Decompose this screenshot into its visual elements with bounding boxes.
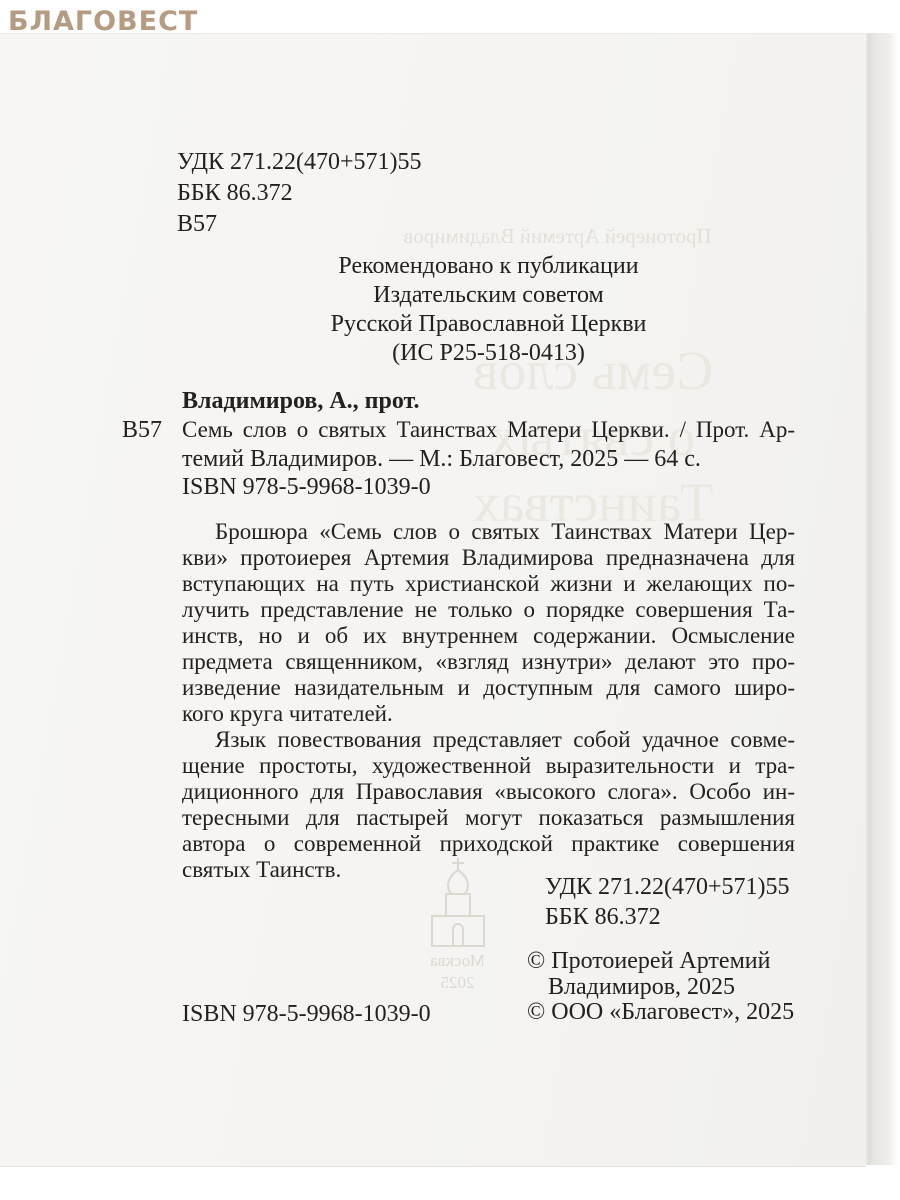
annotation-line: инств, но и об их внутреннем содержании.… [182, 623, 795, 649]
annotation-line: диционного для Православия «высокого сло… [182, 779, 795, 805]
annotation-line: кви» протоиерея Артемия Владимирова пред… [182, 545, 795, 571]
copyright-publisher: © ООО «Благовест», 2025 [527, 1000, 794, 1026]
annotation-line: вступающих на путь христианской жизни и … [182, 571, 795, 597]
recommendation-line: (ИС Р25-518-0413) [182, 339, 795, 368]
bbk-code-bottom: ББК 86.372 [545, 902, 789, 932]
bib-title-line2: темий Владимиров. — М.: Благовест, 2025 … [182, 444, 701, 475]
top-codes-block: УДК 271.22(470+571)55 ББК 86.372 В57 [177, 147, 421, 240]
bib-author: Владимиров, А., прот. [182, 386, 420, 417]
bib-sign: В57 [122, 415, 162, 446]
udk-code-bottom: УДК 271.22(470+571)55 [545, 872, 789, 902]
recommendation-block: Рекомендовано к публикации Издательским … [182, 252, 795, 368]
annotation-line: изведение назидательным и доступным для … [182, 675, 795, 701]
isbn-bottom: ISBN 978-5-9968-1039-0 [182, 999, 431, 1030]
annotation-line: лучить представление не только о порядке… [182, 597, 795, 623]
copyright-block: © Протоиерей Артемий Владимиров, 2025 © … [527, 949, 794, 1026]
bottom-codes-block: УДК 271.22(470+571)55 ББК 86.372 [545, 872, 789, 932]
bbk-code: ББК 86.372 [177, 178, 421, 209]
annotation-line: щение простоты, художественной выразител… [182, 753, 795, 779]
annotation-line: Брошюра «Семь слов о святых Таинствах Ма… [182, 519, 795, 545]
bib-isbn: ISBN 978-5-9968-1039-0 [182, 472, 431, 503]
blagovest-watermark: БЛАГОВЕСТ [8, 6, 198, 37]
annotation-line: Язык повествования представляет собой уд… [182, 727, 795, 753]
recommendation-line: Издательским советом [182, 281, 795, 310]
recommendation-line: Рекомендовано к публикации [182, 252, 795, 281]
annotation-line: автора о современной приходской практике… [182, 831, 795, 857]
book-imprint-photo: Протоиерей Артемий Владимиров Семь слов … [0, 0, 900, 1200]
bib-title-line1: Семь слов о святых Таинствах Матери Церк… [182, 415, 795, 444]
annotation-line: тересными для пастырей могут показаться … [182, 805, 795, 831]
annotation-block: Брошюра «Семь слов о святых Таинствах Ма… [182, 519, 795, 883]
page-edge-shadow [866, 33, 900, 1165]
copyright-author-line1: © Протоиерей Артемий [527, 949, 794, 975]
udk-code: УДК 271.22(470+571)55 [177, 147, 421, 178]
author-sign-code: В57 [177, 209, 421, 240]
annotation-line: предмета священником, «взгляд изнутри» д… [182, 649, 795, 675]
annotation-line: кого круга читателей. [182, 701, 795, 727]
recommendation-line: Русской Православной Церкви [182, 310, 795, 339]
copyright-author-line2: Владимиров, 2025 [527, 975, 794, 1001]
